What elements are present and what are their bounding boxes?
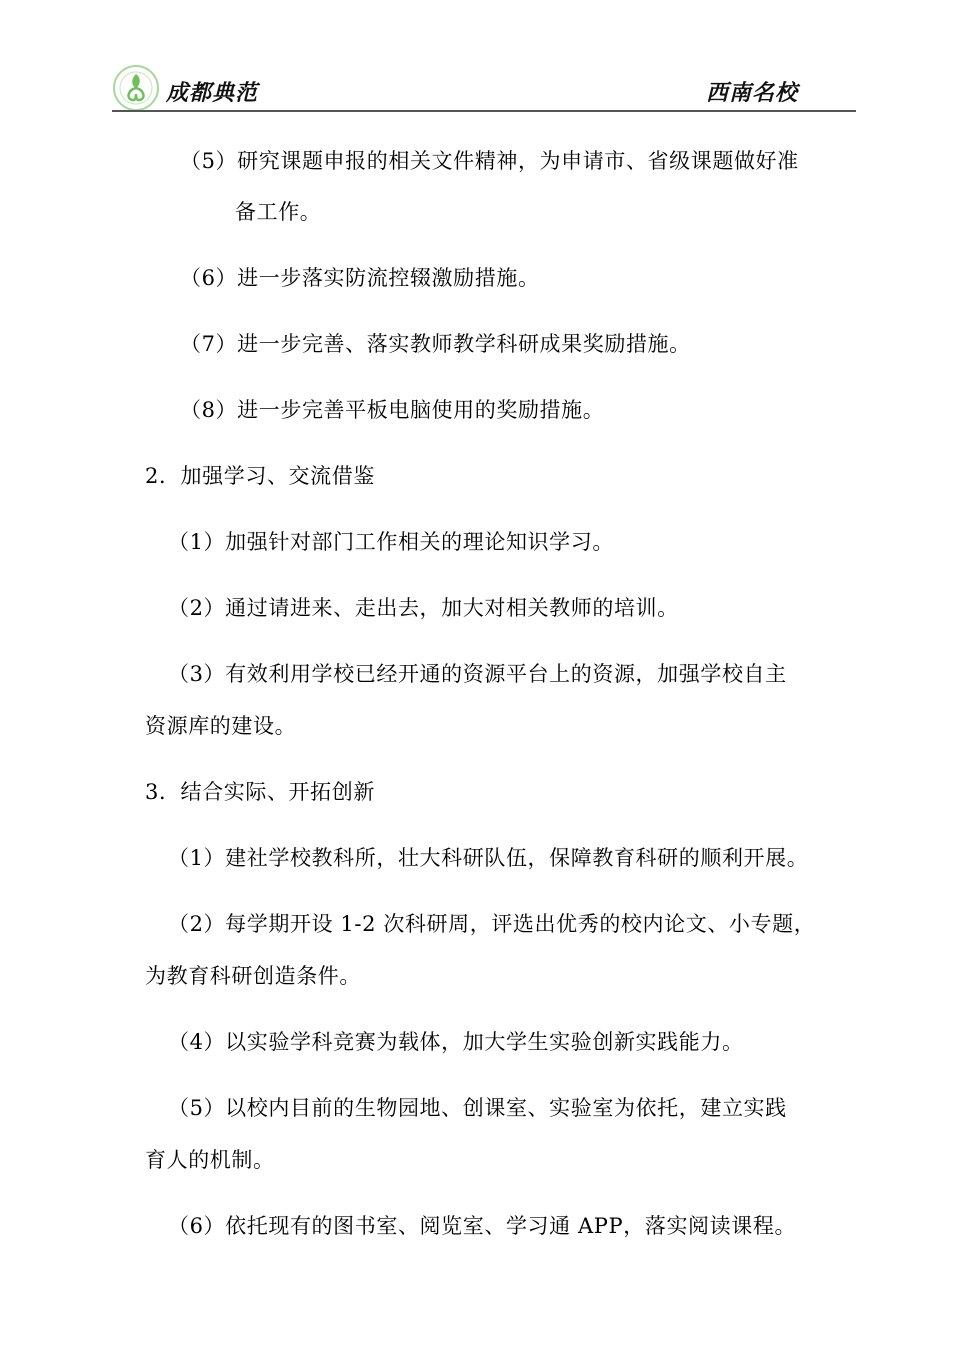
- paragraph-line: 备工作。: [235, 196, 321, 226]
- paragraph-line: （6）依托现有的图书室、阅览室、学习通 APP，落实阅读课程。: [168, 1210, 796, 1240]
- section-heading: 2．加强学习、交流借鉴: [145, 460, 375, 490]
- paragraph-line: （3）有效利用学校已经开通的资源平台上的资源，加强学校自主: [168, 658, 787, 688]
- paragraph-line: 育人的机制。: [145, 1144, 275, 1174]
- paragraph-line: （4）以实验学科竞赛为载体，加大学生实验创新实践能力。: [168, 1026, 744, 1056]
- paragraph-line: （1）建社学校教科所，壮大科研队伍，保障教育科研的顺利开展。: [168, 842, 808, 872]
- paragraph-line: （5）以校内目前的生物园地、创课室、实验室为依托，建立实践: [168, 1092, 787, 1122]
- brand-left-title: 成都典范: [166, 76, 258, 107]
- paragraph-line: （7）进一步完善、落实教师教学科研成果奖励措施。: [180, 328, 691, 358]
- page-header: 成都典范 西南名校: [112, 62, 856, 112]
- header-divider: [112, 110, 856, 112]
- brand-right-title: 西南名校: [706, 76, 798, 107]
- paragraph-line: 为教育科研创造条件。: [145, 960, 361, 990]
- paragraph-line: （5）研究课题申报的相关文件精神，为申请市、省级课题做好准: [180, 145, 799, 175]
- paragraph-line: （2）通过请进来、走出去，加大对相关教师的培训。: [168, 592, 679, 622]
- paragraph-line: （8）进一步完善平板电脑使用的奖励措施。: [180, 394, 604, 424]
- paragraph-line: （2）每学期开设 1-2 次科研周，评选出优秀的校内论文、小专题，: [168, 908, 815, 938]
- paragraph-line: （6）进一步落实防流控辍激励措施。: [180, 262, 540, 292]
- section-heading: 3．结合实际、开拓创新: [145, 776, 375, 806]
- school-emblem-icon: [112, 64, 160, 112]
- paragraph-line: 资源库的建设。: [145, 710, 296, 740]
- paragraph-line: （1）加强针对部门工作相关的理论知识学习。: [168, 526, 614, 556]
